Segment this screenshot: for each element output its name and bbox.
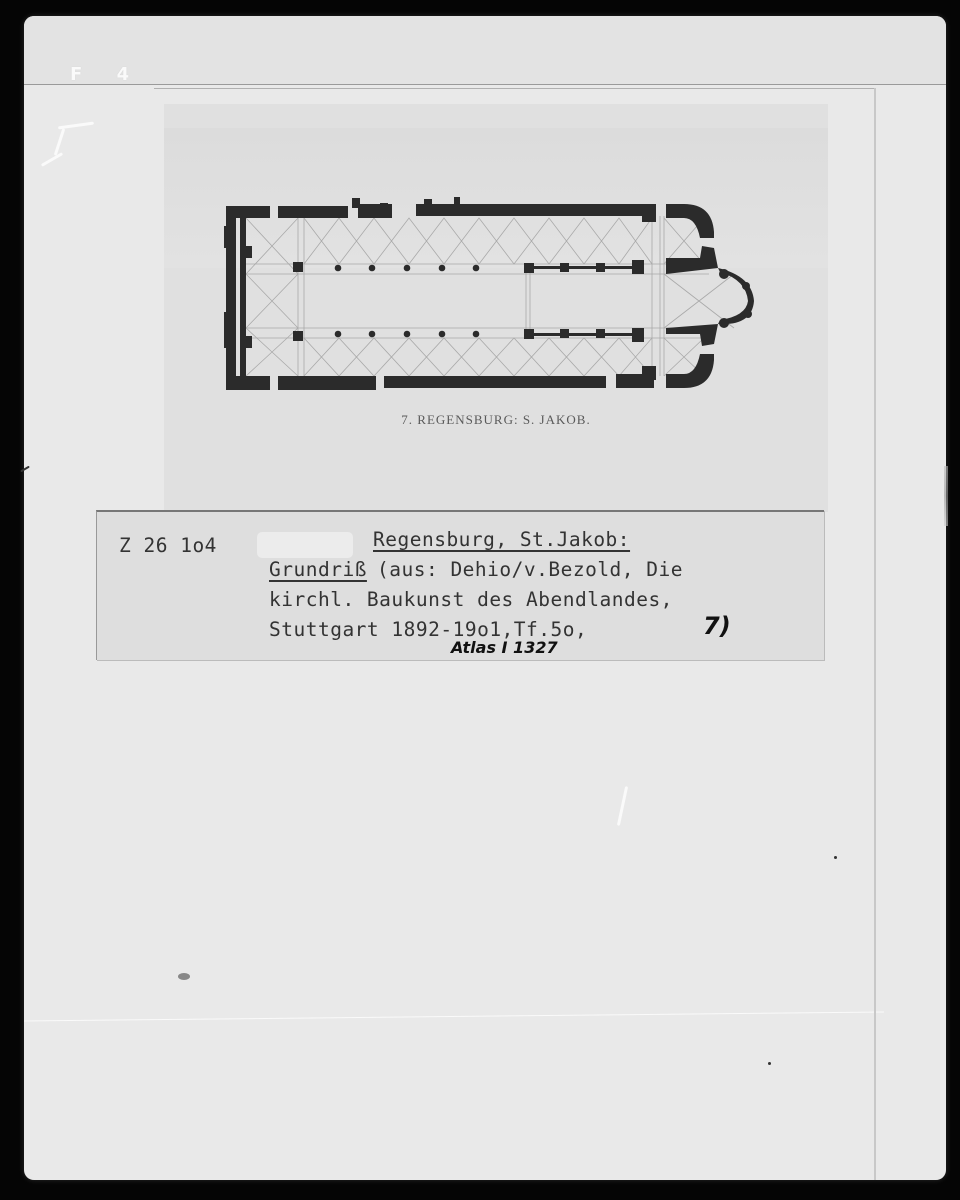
archive-card: F 4 <box>24 16 946 1180</box>
margin-line <box>874 88 876 1180</box>
document-type: Grundriß <box>269 558 367 581</box>
card-header-band <box>24 16 946 85</box>
source-line-1: (aus: Dehio/v.Bezold, Die <box>377 558 683 581</box>
church-floor-plan <box>224 196 764 396</box>
call-number: Z 26 1o4 <box>119 534 217 557</box>
subject-title: Regensburg, St.Jakob: <box>373 528 630 551</box>
handwritten-atlas-note: Atlas I 1327 <box>451 638 558 657</box>
source-line-2: kirchl. Baukunst des Abendlandes, <box>269 588 673 611</box>
scratch-mark <box>54 128 66 156</box>
folder-code: F 4 <box>70 64 143 85</box>
stain-mark <box>944 466 948 526</box>
dust-speck <box>20 466 30 473</box>
handwritten-plate-number: 7) <box>703 612 731 640</box>
mounted-photo: 7. REGENSBURG: S. JAKOB. <box>164 104 828 512</box>
catalog-label: Z 26 1o4 Regensburg, St.Jakob: Grundriß … <box>96 510 824 660</box>
redacted-area <box>257 532 353 558</box>
scratch-mark <box>41 152 63 167</box>
figure-caption: 7. REGENSBURG: S. JAKOB. <box>164 412 828 428</box>
